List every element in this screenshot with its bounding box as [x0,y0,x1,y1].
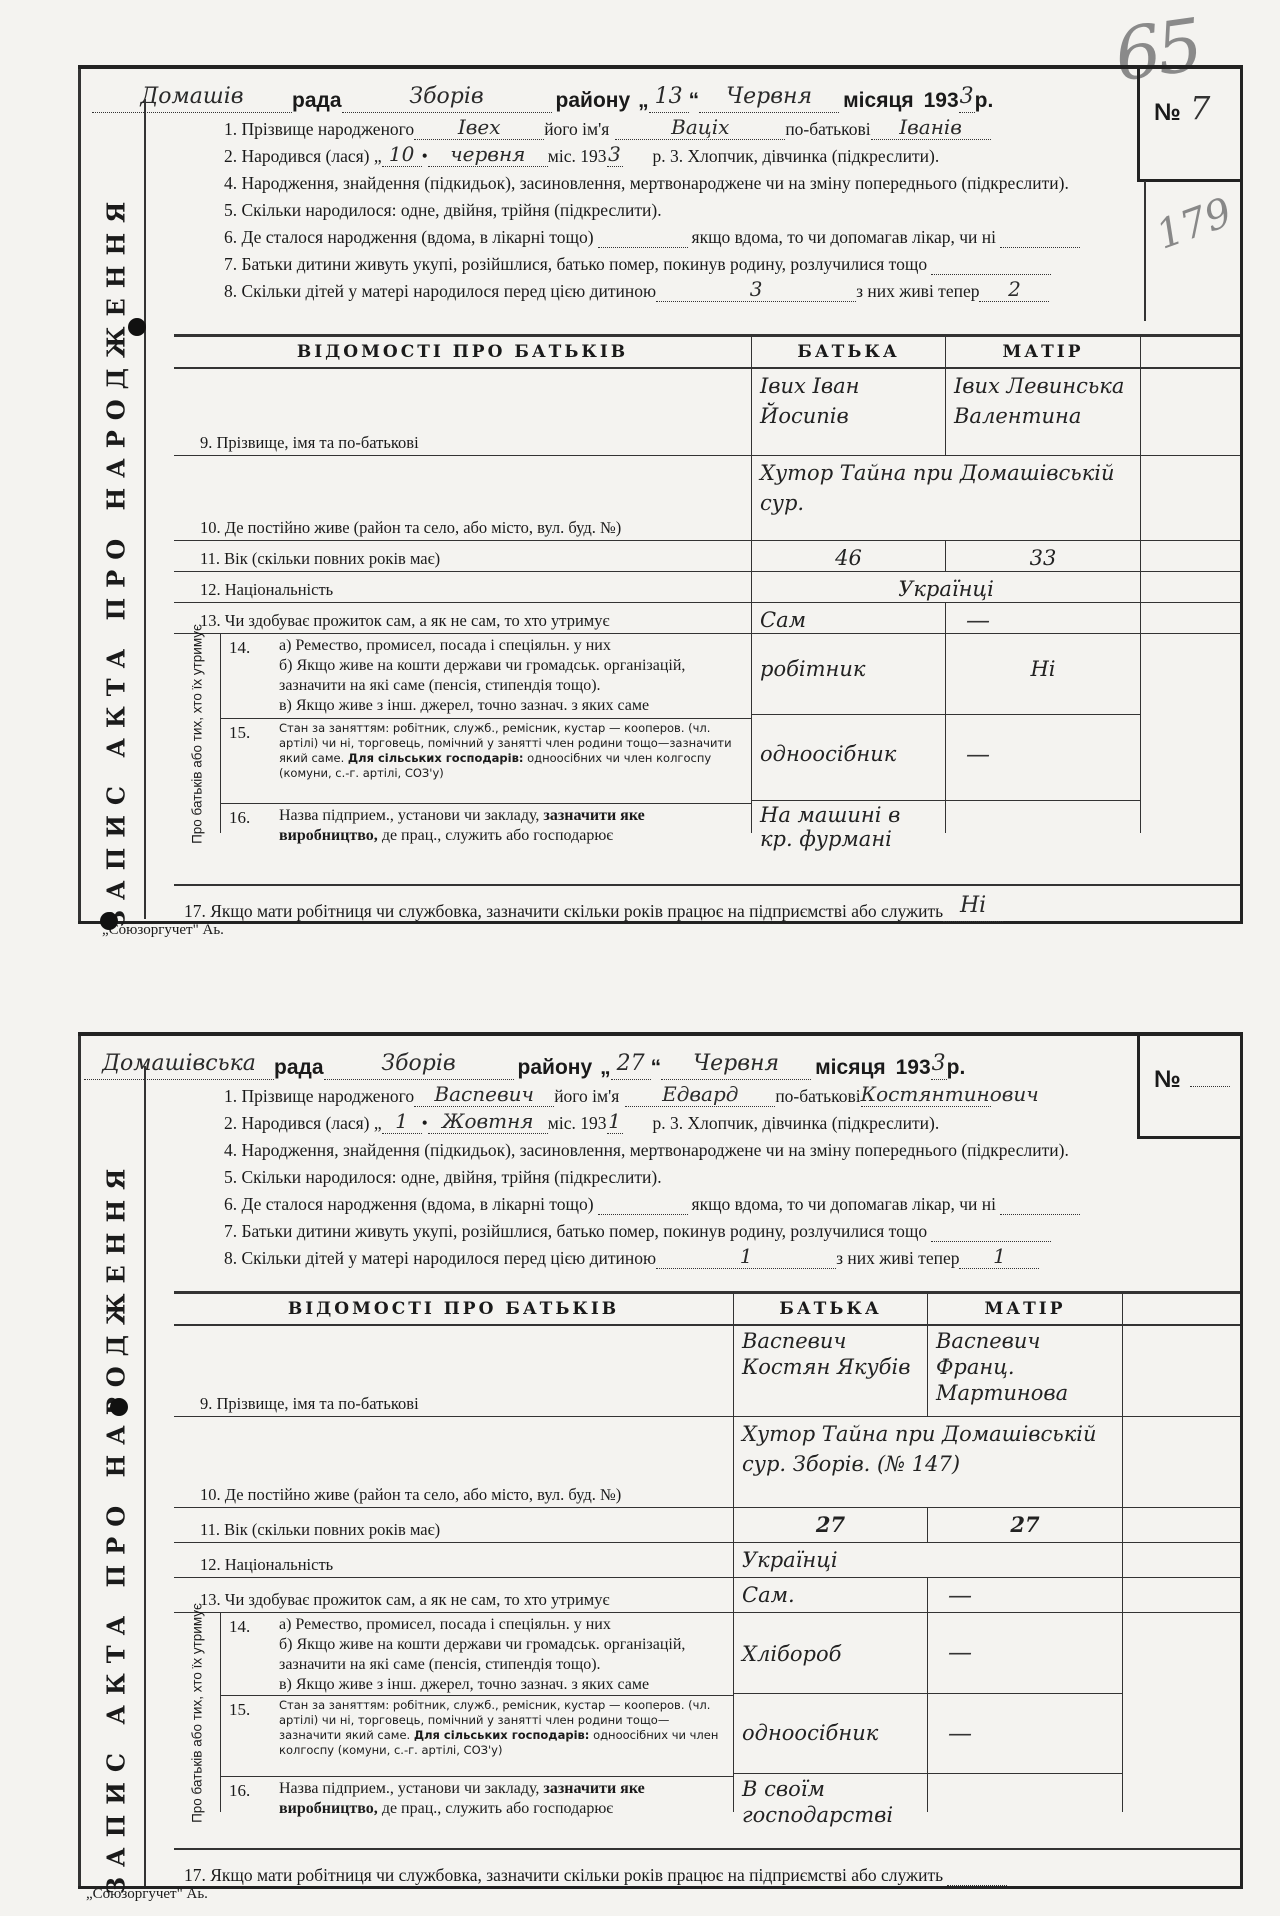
question-2: 2. Народився (лася) „ 10 • червня міс. 1… [174,140,1240,167]
row-q10: 10. Де постійно живе (район та село, або… [174,455,1240,540]
q17-value: Ні [943,891,1003,922]
mother-status: — [946,714,1140,800]
children-alive: 1 [959,1244,1039,1269]
row-q11: 11. Вік (скільки повних років має) 27 27 [174,1507,1240,1542]
row-q9: 9. Прізвище, імя та по-батькові Івих Іва… [174,367,1240,455]
question-17: 17. Якщо мати робітниця чи службовка, за… [174,884,1240,922]
birth-year-digit: 1 [607,1109,623,1134]
year-digit: 3 [959,82,975,113]
row-q9: 9. Прізвище, імя та по-батькові Васпевич… [174,1324,1240,1416]
father-occupation: Хлібороб [734,1613,927,1693]
birth-month: Жовтня [428,1109,548,1134]
day-value: 13 [649,82,689,113]
table-header-row: ВІДОМОСТІ ПРО БАТЬКІВ БАТЬКА МАТІР [174,1293,1240,1324]
residence: Хутор Тайна при Домашівській сур. [752,456,1141,540]
raion-value: Зборів [342,82,552,113]
raion-label: району [518,1056,593,1080]
child-surname: Васпевич [414,1082,554,1107]
mother-occupation: — [928,1613,1122,1693]
row-q14: 14. а) Ремество, промисел, посада і спец… [221,1613,733,1695]
rada-value: Домашівська [84,1049,274,1080]
father-name: Івих Іван Йосипів [752,369,946,455]
month-label: місяця [815,1056,885,1080]
year-digit: 3 [931,1049,947,1080]
row-q14: 14. а) Ремество, промисел, посада і спец… [221,634,751,718]
question-2: 2. Народився (лася) „ 1 • Жовтня міс. 19… [174,1107,1240,1134]
row-q11: 11. Вік (скільки повних років має) 46 33 [174,540,1240,571]
mother-age: 33 [946,541,1141,571]
day-value: 27 [611,1049,651,1080]
question-7: 7. Батьки дитини живуть укупі, розійшлис… [174,248,1240,275]
form-title-vertical: ЗАПИС АКТА ПРО НАРОДЖЕННЯ [102,1158,131,1894]
parents-table: ВІДОМОСТІ ПРО БАТЬКІВ БАТЬКА МАТІР 9. Пр… [174,1291,1240,1812]
ink-blot [100,912,118,930]
row-q13: 13. Чи здобуває прожиток сам, а як не са… [174,1577,1240,1612]
row-q12: 12. Національність Українці [174,1542,1240,1577]
birth-day: 10 [382,142,422,167]
question-6: 6. Де сталося народження (вдома, в лікар… [174,221,1240,248]
questions-1-8: 1. Прізвище народженого Івех його ім'я В… [174,113,1240,302]
question-7: 7. Батьки дитини живуть укупі, розійшлис… [174,1215,1240,1242]
question-8: 8. Скільки дітей у матері народилося пер… [174,1242,1240,1269]
row-q12: 12. Національність Українці [174,571,1240,602]
form-border [78,69,81,921]
form-border [78,1036,81,1886]
form-header: Домашівська рада Зборів району „ 27 “ Че… [78,1036,1240,1080]
father-status: одноосібник [752,714,945,800]
nationality: Українці [734,1543,1123,1577]
father-status: одноосібник [734,1693,927,1773]
father-workplace: На машині в кр. фурмані [752,800,945,862]
father-workplace: В своїм господарстві [734,1773,927,1843]
mother-name: Івих Левинська Валентина [946,369,1141,455]
questions-1-8: 1. Прізвище народженого Васпевич його ім… [174,1080,1240,1269]
side-group-label: Про батьків або тих, хто їх утримує [174,1613,221,1812]
mother-self-supporting: — [946,603,1141,633]
child-surname: Івех [414,115,544,140]
child-name: Ваціх [615,115,785,140]
question-5: 5. Скільки народилося: одне, двійня, трі… [174,1161,1240,1188]
month-label: місяця [843,89,913,113]
child-name: Едвард [625,1082,775,1107]
question-1: 1. Прізвище народженого Васпевич його ім… [174,1080,1240,1107]
printer-mark: „Союзоргучет" Аь. [86,1886,208,1903]
question-17: 17. Якщо мати робітниця чи службовка, за… [174,1848,1240,1886]
sidebar-vertical-title: ЗАПИС АКТА ПРО НАРОДЖЕННЯ [86,1166,172,1886]
month-value: Червня [661,1049,811,1080]
father-age: 46 [752,541,946,571]
row-q13: 13. Чи здобуває прожиток сам, а як не са… [174,602,1240,633]
rada-label: рада [292,89,342,113]
children-before: 3 [656,277,856,302]
row-q16: 16. Назва підприем., установи чи закладу… [221,1776,733,1847]
father-occupation: робітник [752,634,945,714]
ink-blot [128,318,146,336]
raion-value: Зборів [324,1049,514,1080]
question-1: 1. Прізвище народженого Івех його ім'я В… [174,113,1240,140]
row-q10: 10. Де постійно живе (район та село, або… [174,1416,1240,1507]
birth-year-digit: 3 [607,142,623,167]
father-name: Васпевич Костян Якубів [734,1326,928,1416]
mother-status: — [928,1693,1122,1773]
mother-occupation: Ні [946,634,1140,714]
child-patronymic: Іванів [871,115,991,140]
question-8: 8. Скільки дітей у матері народилося пер… [174,275,1240,302]
row-q15: 15. Стан за заняттям: робітник, служб., … [221,718,751,803]
question-4: 4. Народження, знайдення (підкидьок), за… [174,167,1240,194]
month-value: Червня [699,82,839,113]
children-alive: 2 [979,277,1049,302]
birth-record-form-1: Домашів рада Зборів району „ 13 “ Червня… [78,65,1243,924]
raion-label: району [556,89,631,113]
rows-q14-q16: Про батьків або тих, хто їх утримує 14. … [174,633,1240,833]
side-group-label: Про батьків або тих, хто їх утримує [174,634,221,833]
question-6: 6. Де сталося народження (вдома, в лікар… [174,1188,1240,1215]
father-self-supporting: Сам. [734,1578,928,1612]
row-q15: 15. Стан за заняттям: робітник, служб., … [221,1695,733,1776]
birth-record-form-2: Домашівська рада Зборів району „ 27 “ Че… [78,1032,1243,1889]
rada-label: рада [274,1056,324,1080]
mother-self-supporting: — [928,1578,1123,1612]
row-q16: 16. Назва підприем., установи чи закладу… [221,803,751,866]
sidebar-vertical-title: ЗАПИС АКТА ПРО НАРОДЖЕННЯ [86,199,172,919]
form-title-vertical: ЗАПИС АКТА ПРО НАРОДЖЕННЯ [102,191,131,927]
parents-table: ВІДОМОСТІ ПРО БАТЬКІВ БАТЬКА МАТІР 9. Пр… [174,334,1240,833]
printer-mark: „Союзоргучет" Аь. [102,922,224,939]
mother-age: 27 [928,1508,1123,1542]
rows-q14-q16: Про батьків або тих, хто їх утримує 14. … [174,1612,1240,1812]
child-patronymic: Костянтинович [861,1082,991,1107]
nationality: Українці [752,572,1141,602]
residence: Хутор Тайна при Домашівській сур. Зборів… [734,1417,1123,1507]
father-age: 27 [734,1508,928,1542]
ink-blot [110,1398,128,1416]
rada-value: Домашів [92,82,292,113]
children-before: 1 [656,1244,836,1269]
question-4: 4. Народження, знайдення (підкидьок), за… [174,1134,1240,1161]
birth-day: 1 [382,1109,422,1134]
question-5: 5. Скільки народилося: одне, двійня, трі… [174,194,1240,221]
father-self-supporting: Сам [752,603,946,633]
table-header-row: ВІДОМОСТІ ПРО БАТЬКІВ БАТЬКА МАТІР [174,336,1240,367]
birth-month: червня [428,142,548,167]
mother-name: Васпевич Франц. Мартинова [928,1326,1123,1416]
form-header: Домашів рада Зборів району „ 13 “ Червня… [78,69,1240,113]
